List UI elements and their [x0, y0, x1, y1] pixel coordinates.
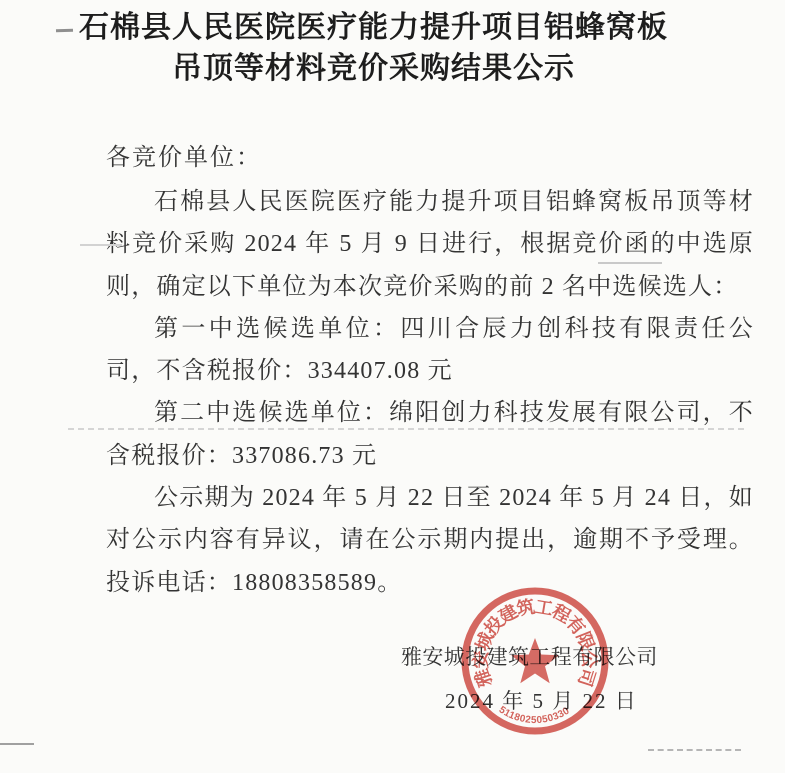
document-title: 石棉县人民医院医疗能力提升项目铝蜂窝板 吊顶等材料竞价采购结果公示	[0, 7, 747, 89]
paragraph-second-candidate: 第二中选候选单位：绵阳创力科技发展有限公司，不含税报价：337086.73 元	[106, 392, 754, 477]
scan-artifact-bottom-right-line	[648, 749, 741, 751]
document-title-line2: 吊顶等材料竞价采购结果公示	[0, 48, 747, 89]
official-red-seal: 雅安城投建筑工程有限公司 5118025050330	[457, 583, 613, 739]
document-title-line1: 石棉县人民医院医疗能力提升项目铝蜂窝板	[0, 7, 747, 48]
paragraph-publicity-period: 公示期为 2024 年 5 月 22 日至 2024 年 5 月 24 日，如对…	[106, 477, 754, 604]
paragraph-procurement-intro: 石棉县人民医院医疗能力提升项目铝蜂窝板吊顶等材料竞价采购 2024 年 5 月 …	[106, 181, 754, 308]
document-body: 石棉县人民医院医疗能力提升项目铝蜂窝板吊顶等材料竞价采购 2024 年 5 月 …	[106, 181, 754, 604]
salutation: 各竞价单位：	[106, 137, 262, 172]
paragraph-first-candidate: 第一中选候选单位：四川合辰力创科技有限责任公司，不含税报价：334407.08 …	[106, 308, 754, 393]
scan-artifact-bottom-left-line	[0, 743, 34, 745]
seal-star-icon	[511, 638, 559, 683]
